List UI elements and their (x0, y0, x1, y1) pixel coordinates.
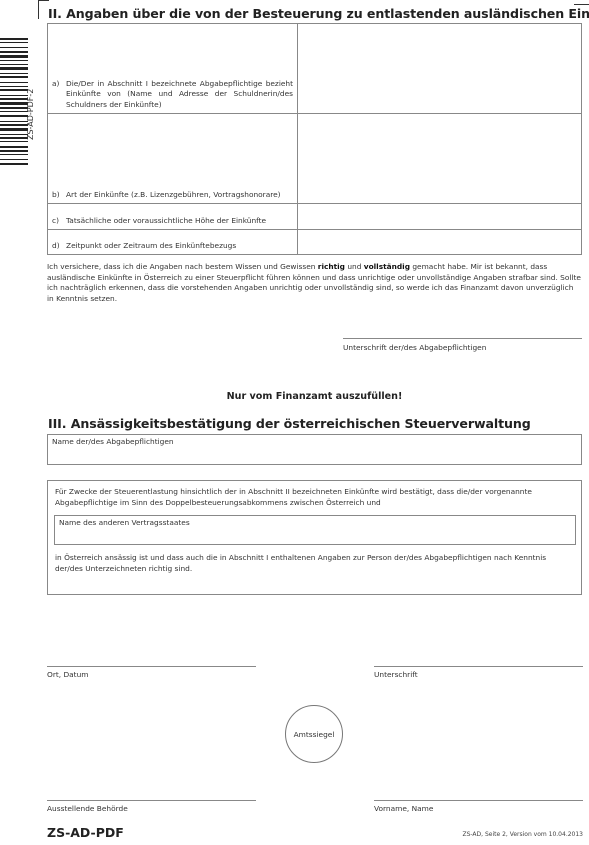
other-state-label: Name des anderen Vertragsstaates (55, 516, 575, 527)
signer-name-label: Vorname, Name (374, 804, 433, 813)
table-row: b)Art der Einkünfte (z.B. Lizenzgebühren… (48, 114, 582, 204)
footer-form-id: ZS-AD-PDF (47, 825, 124, 840)
side-form-id: ZS-AD-PDF-2 (26, 89, 35, 140)
place-date-line[interactable] (47, 666, 256, 667)
section-2-title: II. Angaben über die von der Besteuerung… (48, 6, 589, 21)
declaration-text: Ich versichere, dass ich die Angaben nac… (47, 262, 582, 304)
table-row: a)Die/Der in Abschnitt I bezeichnete Abg… (48, 24, 582, 114)
place-date-label: Ort, Datum (47, 670, 88, 679)
official-seal-circle: Amtssiegel (285, 705, 343, 763)
authority-label: Ausstellende Behörde (47, 804, 128, 813)
row-letter: d) (52, 241, 66, 252)
official-signature-label: Unterschrift (374, 670, 418, 679)
row-label-text: Zeitpunkt oder Zeitraum des Einkünftebez… (66, 241, 236, 252)
crop-mark-top-right (574, 0, 589, 5)
row-letter: b) (52, 190, 66, 201)
taxpayer-signature-label: Unterschrift der/des Abgabepflichtigen (343, 343, 486, 352)
row-d-label: d)Zeitpunkt oder Zeitraum des Einkünfteb… (48, 230, 298, 255)
confirmation-text-1: Für Zwecke der Steuerentlastung hinsicht… (55, 487, 575, 508)
row-a-label: a)Die/Der in Abschnitt I bezeichnete Abg… (48, 24, 298, 114)
taxpayer-signature-line[interactable] (343, 338, 582, 339)
income-table: a)Die/Der in Abschnitt I bezeichnete Abg… (47, 23, 582, 255)
office-only-note: Nur vom Finanzamt auszufüllen! (20, 391, 589, 402)
taxpayer-name-field[interactable]: Name der/des Abgabepflichtigen (47, 434, 582, 465)
confirmation-text-2: in Österreich ansässig ist und dass auch… (55, 553, 575, 574)
barcode (0, 38, 28, 248)
row-label-text: Art der Einkünfte (z.B. Lizenzgebühren, … (66, 190, 281, 201)
row-letter: a) (52, 79, 66, 111)
row-label-text: Tatsächliche oder voraussichtliche Höhe … (66, 216, 266, 227)
table-row: d)Zeitpunkt oder Zeitraum des Einkünfteb… (48, 230, 582, 255)
taxpayer-name-label: Name der/des Abgabepflichtigen (48, 435, 581, 446)
row-c-label: c)Tatsächliche oder voraussichtliche Höh… (48, 204, 298, 230)
other-state-field[interactable]: Name des anderen Vertragsstaates (54, 515, 576, 545)
row-b-label: b)Art der Einkünfte (z.B. Lizenzgebühren… (48, 114, 298, 204)
row-letter: c) (52, 216, 66, 227)
row-label-text: Die/Der in Abschnitt I bezeichnete Abgab… (66, 79, 293, 111)
row-d-value-field[interactable] (298, 230, 582, 255)
seal-label: Amtssiegel (294, 730, 335, 739)
row-a-value-field[interactable] (298, 24, 582, 114)
confirmation-box: Für Zwecke der Steuerentlastung hinsicht… (47, 480, 582, 595)
row-b-value-field[interactable] (298, 114, 582, 204)
row-c-value-field[interactable] (298, 204, 582, 230)
section-3-title: III. Ansässigkeitsbestätigung der österr… (48, 416, 531, 431)
table-row: c)Tatsächliche oder voraussichtliche Höh… (48, 204, 582, 230)
footer-version: ZS-AD, Seite 2, Version vom 10.04.2013 (440, 831, 583, 838)
authority-line[interactable] (47, 800, 256, 801)
official-signature-line[interactable] (374, 666, 583, 667)
signer-name-line[interactable] (374, 800, 583, 801)
